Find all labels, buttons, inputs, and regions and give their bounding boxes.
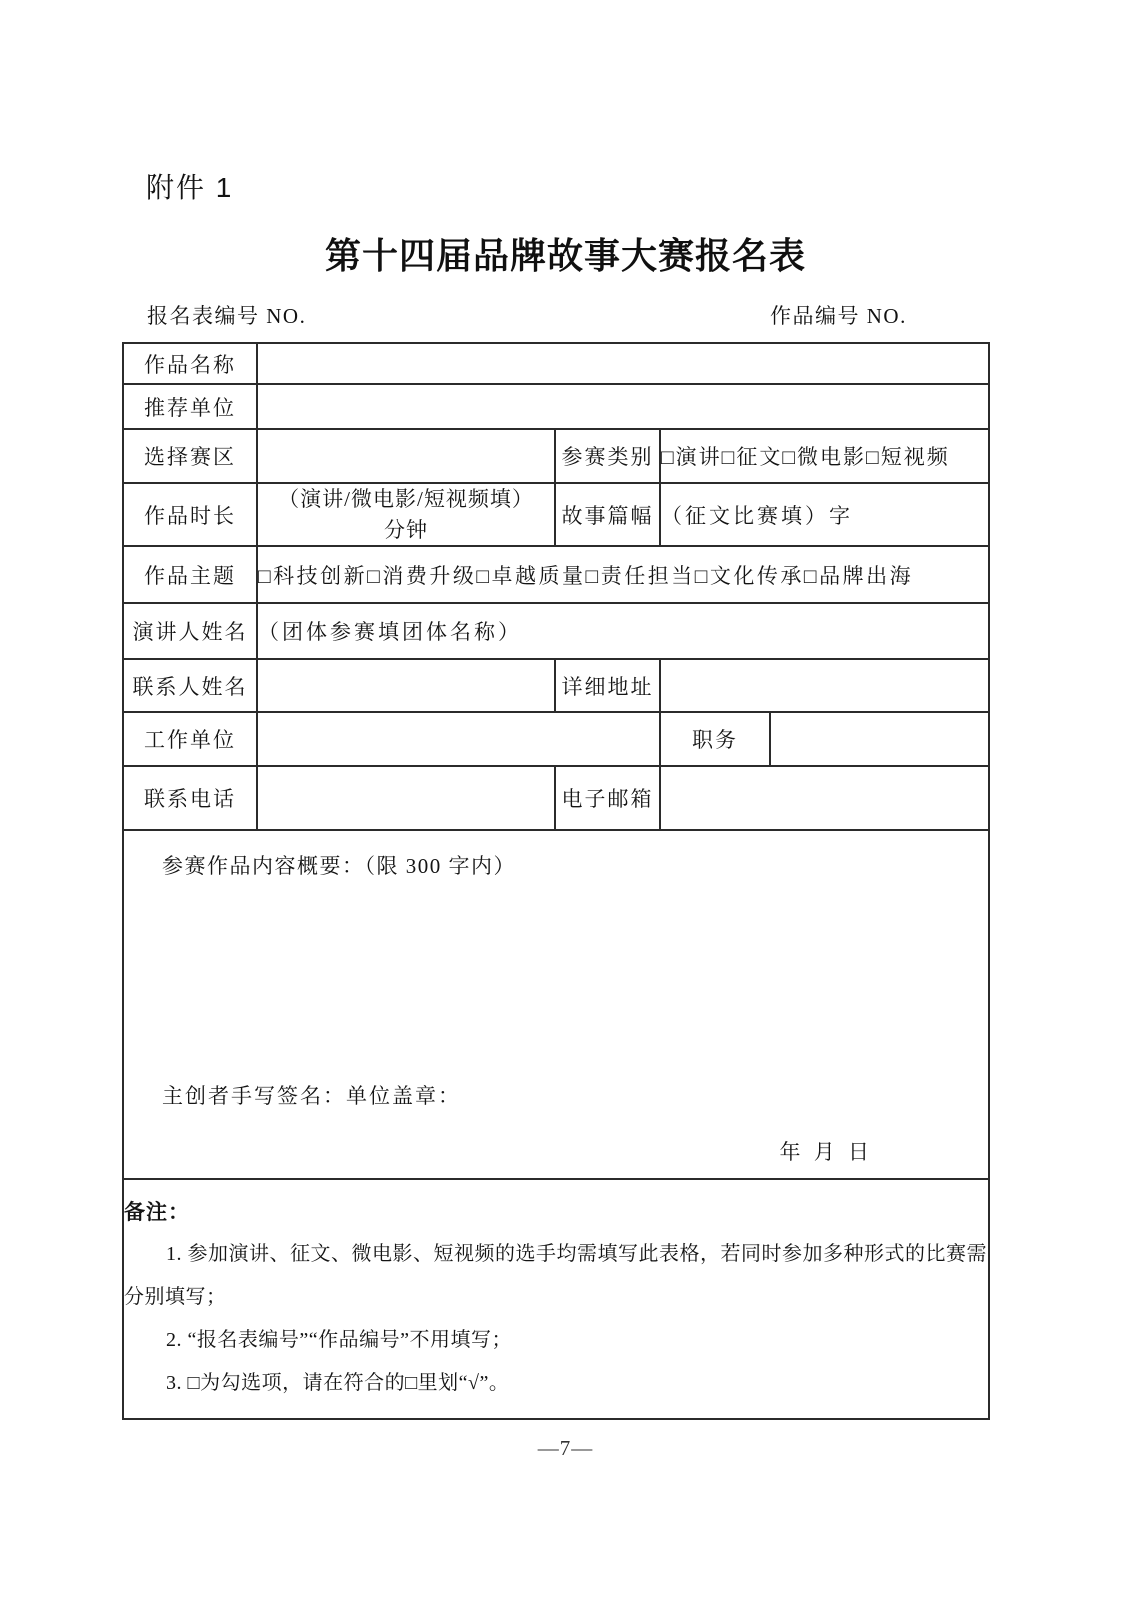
story-length-label: 故事篇幅 <box>555 483 660 546</box>
recommending-unit-label: 推荐单位 <box>123 384 257 429</box>
work-name-input-cell <box>257 343 989 384</box>
notes-heading: 备注： <box>124 1194 988 1230</box>
work-theme-label: 作品主题 <box>123 546 257 603</box>
page-title: 第十四届品牌故事大赛报名表 <box>0 228 1131 279</box>
detailed-address-input-cell <box>660 659 989 712</box>
work-theme-checkboxes: □科技创新□消费升级□卓越质量□责任担当□文化传承□品牌出海 <box>257 546 989 603</box>
row-work-name: 作品名称 <box>123 343 989 384</box>
speaker-name-label: 演讲人姓名 <box>123 603 257 659</box>
work-duration-label: 作品时长 <box>123 483 257 546</box>
registration-form-table: 作品名称 推荐单位 选择赛区 参赛类别 □演讲□征文□微电影□短视频 作品时长 … <box>122 342 990 1420</box>
note-item-2: 2. “报名表编号”“作品编号”不用填写； <box>124 1319 988 1362</box>
detailed-address-label: 详细地址 <box>555 659 660 712</box>
row-notes: 备注： 1. 参加演讲、征文、微电影、短视频的选手均需填写此表格，若同时参加多种… <box>123 1179 989 1419</box>
contact-phone-label: 联系电话 <box>123 766 257 830</box>
notes-cell: 备注： 1. 参加演讲、征文、微电影、短视频的选手均需填写此表格，若同时参加多种… <box>123 1179 989 1419</box>
story-length-hint-cell: （征文比赛填）字 <box>660 483 989 546</box>
row-summary: 参赛作品内容概要：（限 300 字内） 主创者手写签名：单位盖章： 年 月 日 <box>123 830 989 1179</box>
date-line: 年 月 日 <box>124 1137 873 1167</box>
form-number-label: 报名表编号 NO. <box>147 300 306 330</box>
row-competition-zone: 选择赛区 参赛类别 □演讲□征文□微电影□短视频 <box>123 429 989 483</box>
competition-zone-input-cell <box>257 429 555 483</box>
contact-name-input-cell <box>257 659 555 712</box>
note-item-3: 3. □为勾选项，请在符合的□里划“√”。 <box>124 1362 988 1405</box>
note-item-1: 1. 参加演讲、征文、微电影、短视频的选手均需填写此表格，若同时参加多种形式的比… <box>124 1233 988 1319</box>
row-speaker-name: 演讲人姓名 （团体参赛填团体名称） <box>123 603 989 659</box>
signature-line: 主创者手写签名：单位盖章： <box>162 1081 988 1111</box>
position-input-cell <box>770 712 989 766</box>
work-duration-hint-cell: （演讲/微电影/短视频填） 分钟 <box>257 483 555 546</box>
entry-category-checkboxes: □演讲□征文□微电影□短视频 <box>660 429 989 483</box>
row-recommending-unit: 推荐单位 <box>123 384 989 429</box>
row-work-unit: 工作单位 职务 <box>123 712 989 766</box>
attachment-label: 附件 1 <box>146 166 233 206</box>
row-work-duration: 作品时长 （演讲/微电影/短视频填） 分钟 故事篇幅 （征文比赛填）字 <box>123 483 989 546</box>
row-work-theme: 作品主题 □科技创新□消费升级□卓越质量□责任担当□文化传承□品牌出海 <box>123 546 989 603</box>
contact-name-label: 联系人姓名 <box>123 659 257 712</box>
row-contact-name: 联系人姓名 详细地址 <box>123 659 989 712</box>
work-unit-input-cell <box>257 712 660 766</box>
work-name-label: 作品名称 <box>123 343 257 384</box>
row-contact-phone: 联系电话 电子邮箱 <box>123 766 989 830</box>
contact-phone-input-cell <box>257 766 555 830</box>
email-label: 电子邮箱 <box>555 766 660 830</box>
number-row: 报名表编号 NO. 作品编号 NO. <box>122 300 988 330</box>
summary-heading: 参赛作品内容概要：（限 300 字内） <box>162 851 988 881</box>
recommending-unit-input-cell <box>257 384 989 429</box>
summary-cell: 参赛作品内容概要：（限 300 字内） 主创者手写签名：单位盖章： 年 月 日 <box>123 830 989 1179</box>
speaker-name-hint-cell: （团体参赛填团体名称） <box>257 603 989 659</box>
entry-category-label: 参赛类别 <box>555 429 660 483</box>
email-input-cell <box>660 766 989 830</box>
work-unit-label: 工作单位 <box>123 712 257 766</box>
position-label: 职务 <box>660 712 770 766</box>
document-page: 附件 1 第十四届品牌故事大赛报名表 报名表编号 NO. 作品编号 NO. 作品… <box>0 0 1131 1600</box>
work-number-label: 作品编号 NO. <box>770 300 907 330</box>
page-number: —7— <box>0 1436 1131 1461</box>
competition-zone-label: 选择赛区 <box>123 429 257 483</box>
